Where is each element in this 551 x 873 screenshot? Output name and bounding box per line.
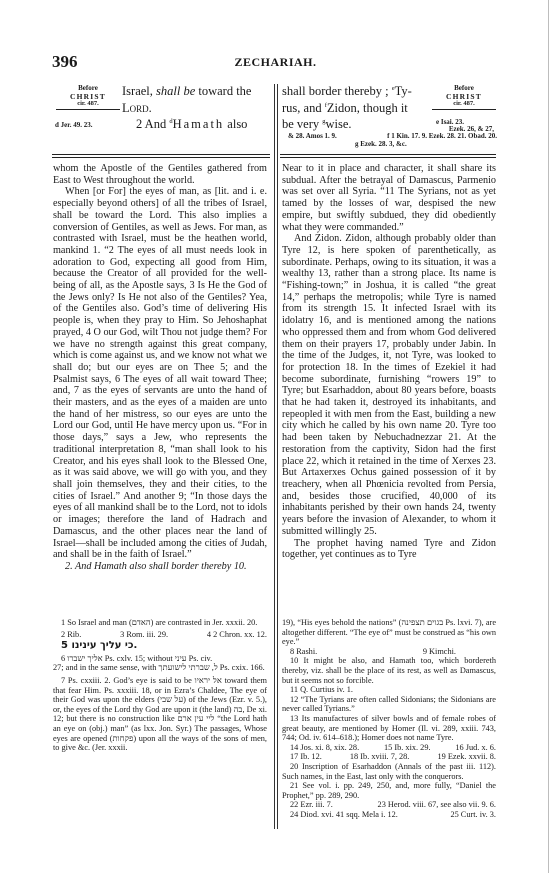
margin-reference-d: d Jer. 49. 23.	[55, 121, 92, 129]
footnote-17: 17 Ib. 12.	[290, 752, 322, 762]
footnote-15: 15 Ib. xix. 29.	[384, 743, 431, 753]
footnote-9: 9 Kimchi.	[423, 647, 496, 657]
footnote-5: 5 כי עליך עינינו.	[53, 641, 267, 651]
footnote-22: 22 Ezr. iii. 7.	[290, 800, 333, 810]
book-page: 396 ZECHARIAH. Before CHRIST cir. 487. I…	[0, 0, 551, 873]
rule	[280, 157, 496, 158]
footnote-13: 13 Its manufactures of silver bowls and …	[282, 714, 496, 743]
footnote-24: 24 Diod. xvi. 41 sqq. Mela i. 12.	[290, 810, 398, 820]
column-divider	[274, 84, 275, 829]
footnote-21: 21 See vol. i. pp. 249, 250, and, more f…	[282, 781, 496, 800]
footnote-2: 2 Rib.	[61, 630, 81, 640]
christ-label: CHRIST	[56, 93, 120, 101]
footnote-12: 12 “The Tyrians are often called Sidonia…	[282, 695, 496, 714]
footnote-19: 19 Ezek. xxvii. 8.	[437, 752, 496, 762]
commentary-left: whom the Apostle of the Gentiles gathere…	[53, 163, 267, 573]
footnote-7-continued: 19), “His eyes behold the nations” (בגוי…	[282, 618, 496, 647]
rule	[52, 154, 270, 155]
running-title: ZECHARIAH.	[0, 55, 551, 70]
footnotes-right: 19), “His eyes behold the nations” (בגוי…	[282, 618, 496, 819]
rule	[280, 154, 496, 155]
footnote-18: 18 Ib. xviii. 7, 28.	[350, 752, 409, 762]
footnote-7: 7 Ps. cxxiii. 2. God’s eye is said to be…	[53, 676, 267, 753]
margin-reference-f: f 1 Kin. 17. 9. Ezek. 28. 21. Obad. 20.	[352, 132, 497, 140]
circa-label: cir. 487.	[56, 100, 120, 110]
footnote-10: 10 It might be also, and Hamath too, whi…	[282, 656, 496, 685]
footnote-6: 6 אליך ישברו Ps. cxlv. 15; without עיני …	[53, 654, 267, 664]
page-edge	[548, 0, 549, 873]
footnote-11: 11 Q. Curtius iv. 1.	[282, 685, 496, 695]
footnote-20: 20 Inscription of Esarhaddon (Annals of …	[282, 762, 496, 781]
chronology-note-left: Before CHRIST cir. 487.	[56, 85, 120, 110]
footnote-8: 8 Rashi.	[290, 647, 317, 657]
column-divider	[277, 84, 278, 829]
chronology-note-right: Before CHRIST cir. 487.	[432, 85, 496, 110]
margin-reference-g: g Ezek. 28. 3, &c.	[355, 140, 407, 148]
rule	[52, 157, 270, 158]
footnote-23: 23 Herod. viii. 67, see also vii. 9. 6.	[378, 800, 496, 810]
footnote-4: 4 2 Chron. xx. 12.	[207, 630, 267, 640]
scripture-right: shall border thereby ; eTy- rus, and fZi…	[282, 83, 432, 133]
footnotes-left: 1 So Israel and man (האדם) are contraste…	[53, 618, 267, 753]
footnote-14: 14 Jos. xi. 8, xix. 28.	[290, 743, 359, 753]
footnote-25: 25 Curt. iv. 3.	[450, 810, 496, 820]
commentary-right: Near to it in place and character, it sh…	[282, 163, 496, 561]
scripture-left: Israel, shall be toward the Lord. 2 And …	[122, 83, 268, 133]
footnote-1: 1 So Israel and man (האדם) are contraste…	[53, 618, 267, 628]
footnote-3: 3 Rom. iii. 29.	[120, 630, 168, 640]
footnote-16: 16 Jud. x. 6.	[455, 743, 496, 753]
